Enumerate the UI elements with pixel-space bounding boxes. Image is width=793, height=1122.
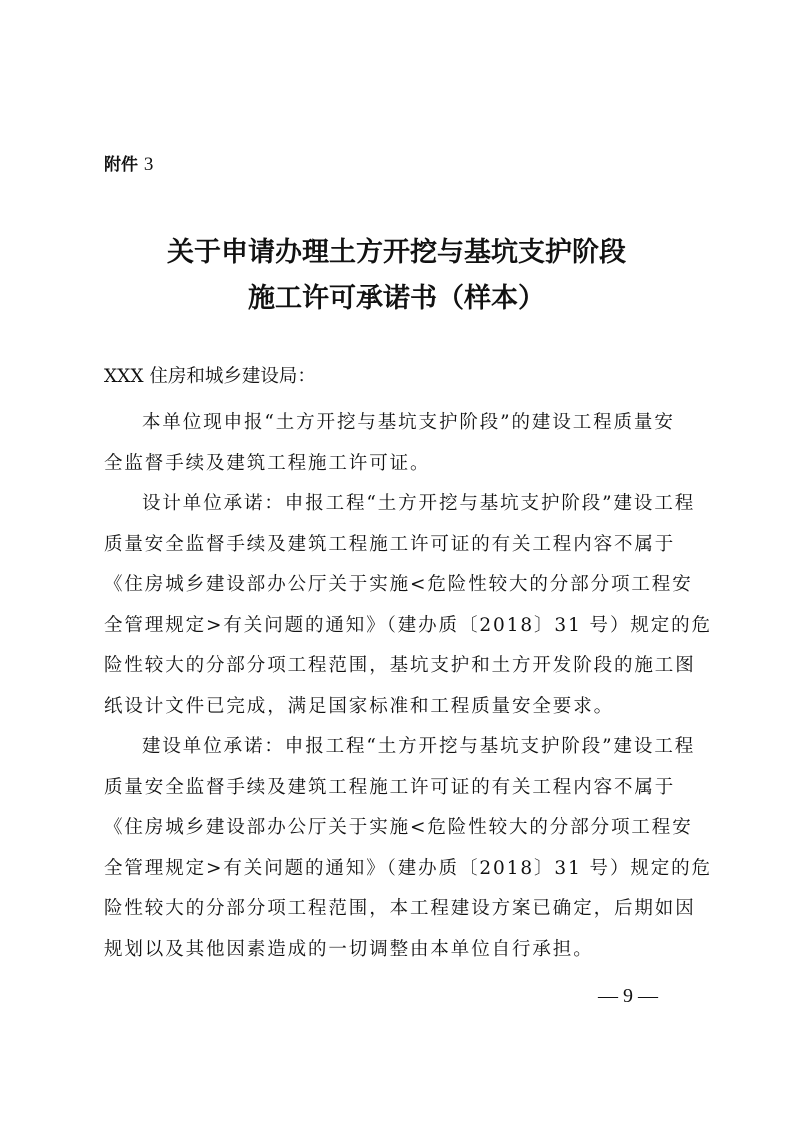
page-number: — 9 — xyxy=(598,985,658,1008)
paragraph-design-commitment: 设计单位承诺：申报工程“土方开挖与基坑支护阶段”建设工程 质量安全监督手续及建筑… xyxy=(104,484,689,727)
paragraph-line: 规划以及其他因素造成的一切调整由本单位自行承担。 xyxy=(104,930,689,971)
document-title-line-1: 关于申请办理土方开挖与基坑支护阶段 xyxy=(0,230,793,269)
paragraph-line: 全监督手续及建筑工程施工许可证。 xyxy=(104,444,689,485)
attachment-label: 附件 3 xyxy=(104,150,153,176)
attachment-number: 3 xyxy=(144,154,154,175)
paragraph-line: 险性较大的分部分项工程范围，本工程建设方案已确定，后期如因 xyxy=(104,889,689,930)
paragraph-construction-commitment: 建设单位承诺：申报工程“土方开挖与基坑支护阶段”建设工程 质量安全监督手续及建筑… xyxy=(104,727,689,970)
paragraph-1: 本单位现申报“土方开挖与基坑支护阶段”的建设工程质量安 全监督手续及建筑工程施工… xyxy=(104,403,689,484)
paragraph-line: 全管理规定>有关问题的通知》（建办质〔2018〕31 号）规定的危 xyxy=(104,606,689,647)
paragraph-line: 建设单位承诺：申报工程“土方开挖与基坑支护阶段”建设工程 xyxy=(104,727,689,768)
paragraph-line: 险性较大的分部分项工程范围，基坑支护和土方开发阶段的施工图 xyxy=(104,646,689,687)
salutation: XXX 住房和城乡建设局： xyxy=(104,362,316,388)
paragraph-line: 质量安全监督手续及建筑工程施工许可证的有关工程内容不属于 xyxy=(104,768,689,809)
attachment-text: 附件 xyxy=(104,155,138,175)
paragraph-line: 本单位现申报“土方开挖与基坑支护阶段”的建设工程质量安 xyxy=(104,403,689,444)
paragraph-line: 全管理规定>有关问题的通知》（建办质〔2018〕31 号）规定的危 xyxy=(104,849,689,890)
paragraph-line: 纸设计文件已完成，满足国家标准和工程质量安全要求。 xyxy=(104,687,689,728)
paragraph-line: 《住房城乡建设部办公厅关于实施<危险性较大的分部分项工程安 xyxy=(104,565,689,606)
paragraph-line: 设计单位承诺：申报工程“土方开挖与基坑支护阶段”建设工程 xyxy=(104,484,689,525)
document-title-line-2: 施工许可承诺书（样本） xyxy=(0,276,793,315)
paragraph-line: 《住房城乡建设部办公厅关于实施<危险性较大的分部分项工程安 xyxy=(104,808,689,849)
paragraph-line: 质量安全监督手续及建筑工程施工许可证的有关工程内容不属于 xyxy=(104,525,689,566)
